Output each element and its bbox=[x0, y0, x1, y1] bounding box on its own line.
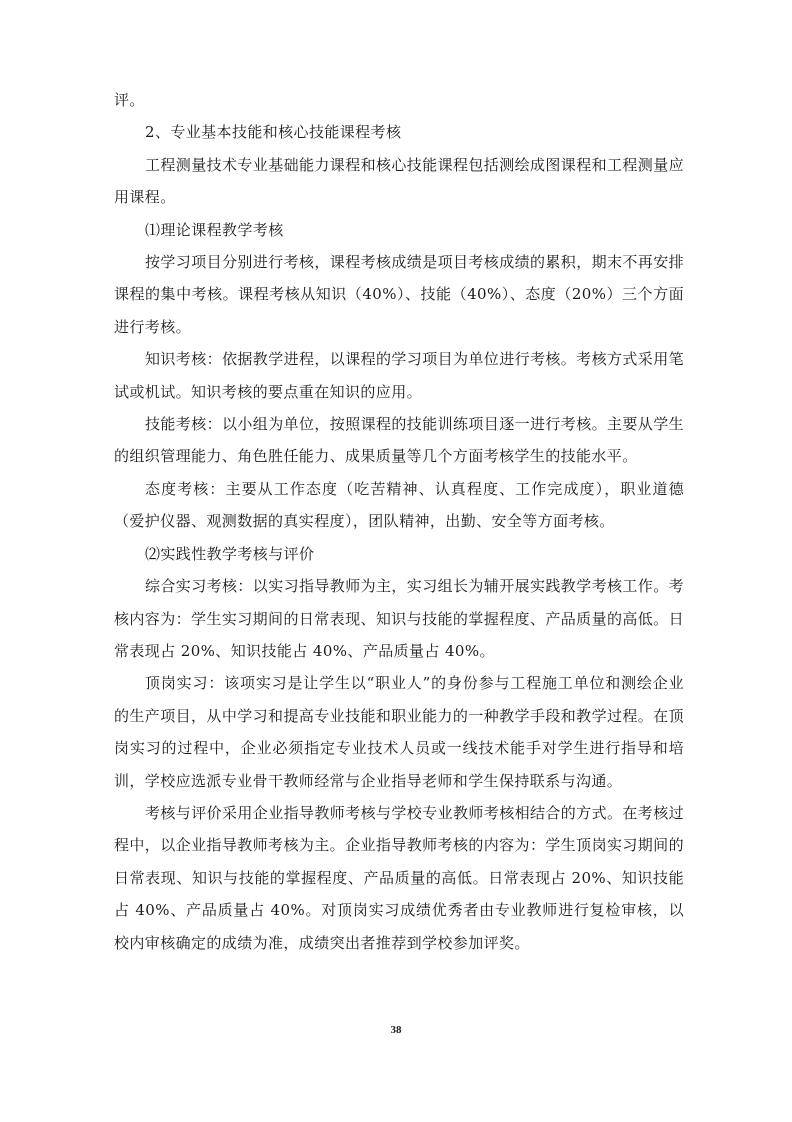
paragraph: 顶岗实习：该项实习是让学生以“职业人”的身份参与工程施工单位和测绘企业的生产项目… bbox=[114, 667, 684, 797]
paragraph: 知识考核：依据教学进程，以课程的学习项目为单位进行考核。考核方式采用笔试或机试。… bbox=[114, 343, 684, 408]
paragraph-continuation: 评。 bbox=[114, 84, 684, 116]
paragraph: 综合实习考核：以实习指导教师为主，实习组长为辅开展实践教学考核工作。考核内容为：… bbox=[114, 570, 684, 667]
subsection-heading: ⑴理论课程教学考核 bbox=[114, 214, 684, 246]
paragraph: 技能考核：以小组为单位，按照课程的技能训练项目逐一进行考核。主要从学生的组织管理… bbox=[114, 408, 684, 473]
subsection-heading: ⑵实践性教学考核与评价 bbox=[114, 538, 684, 570]
paragraph: 考核与评价采用企业指导教师考核与学校专业教师考核相结合的方式。在考核过程中，以企… bbox=[114, 797, 684, 959]
paragraph: 按学习项目分别进行考核，课程考核成绩是项目考核成绩的累积，期末不再安排课程的集中… bbox=[114, 246, 684, 343]
paragraph: 态度考核：主要从工作态度（吃苦精神、认真程度、工作完成度），职业道德（爱护仪器、… bbox=[114, 473, 684, 538]
paragraph: 工程测量技术专业基础能力课程和核心技能课程包括测绘成图课程和工程测量应用课程。 bbox=[114, 149, 684, 214]
section-heading: 2、专业基本技能和核心技能课程考核 bbox=[114, 116, 684, 148]
document-page-body: 评。 2、专业基本技能和核心技能课程考核 工程测量技术专业基础能力课程和核心技能… bbox=[114, 84, 684, 959]
page-number: 38 bbox=[0, 1024, 792, 1036]
